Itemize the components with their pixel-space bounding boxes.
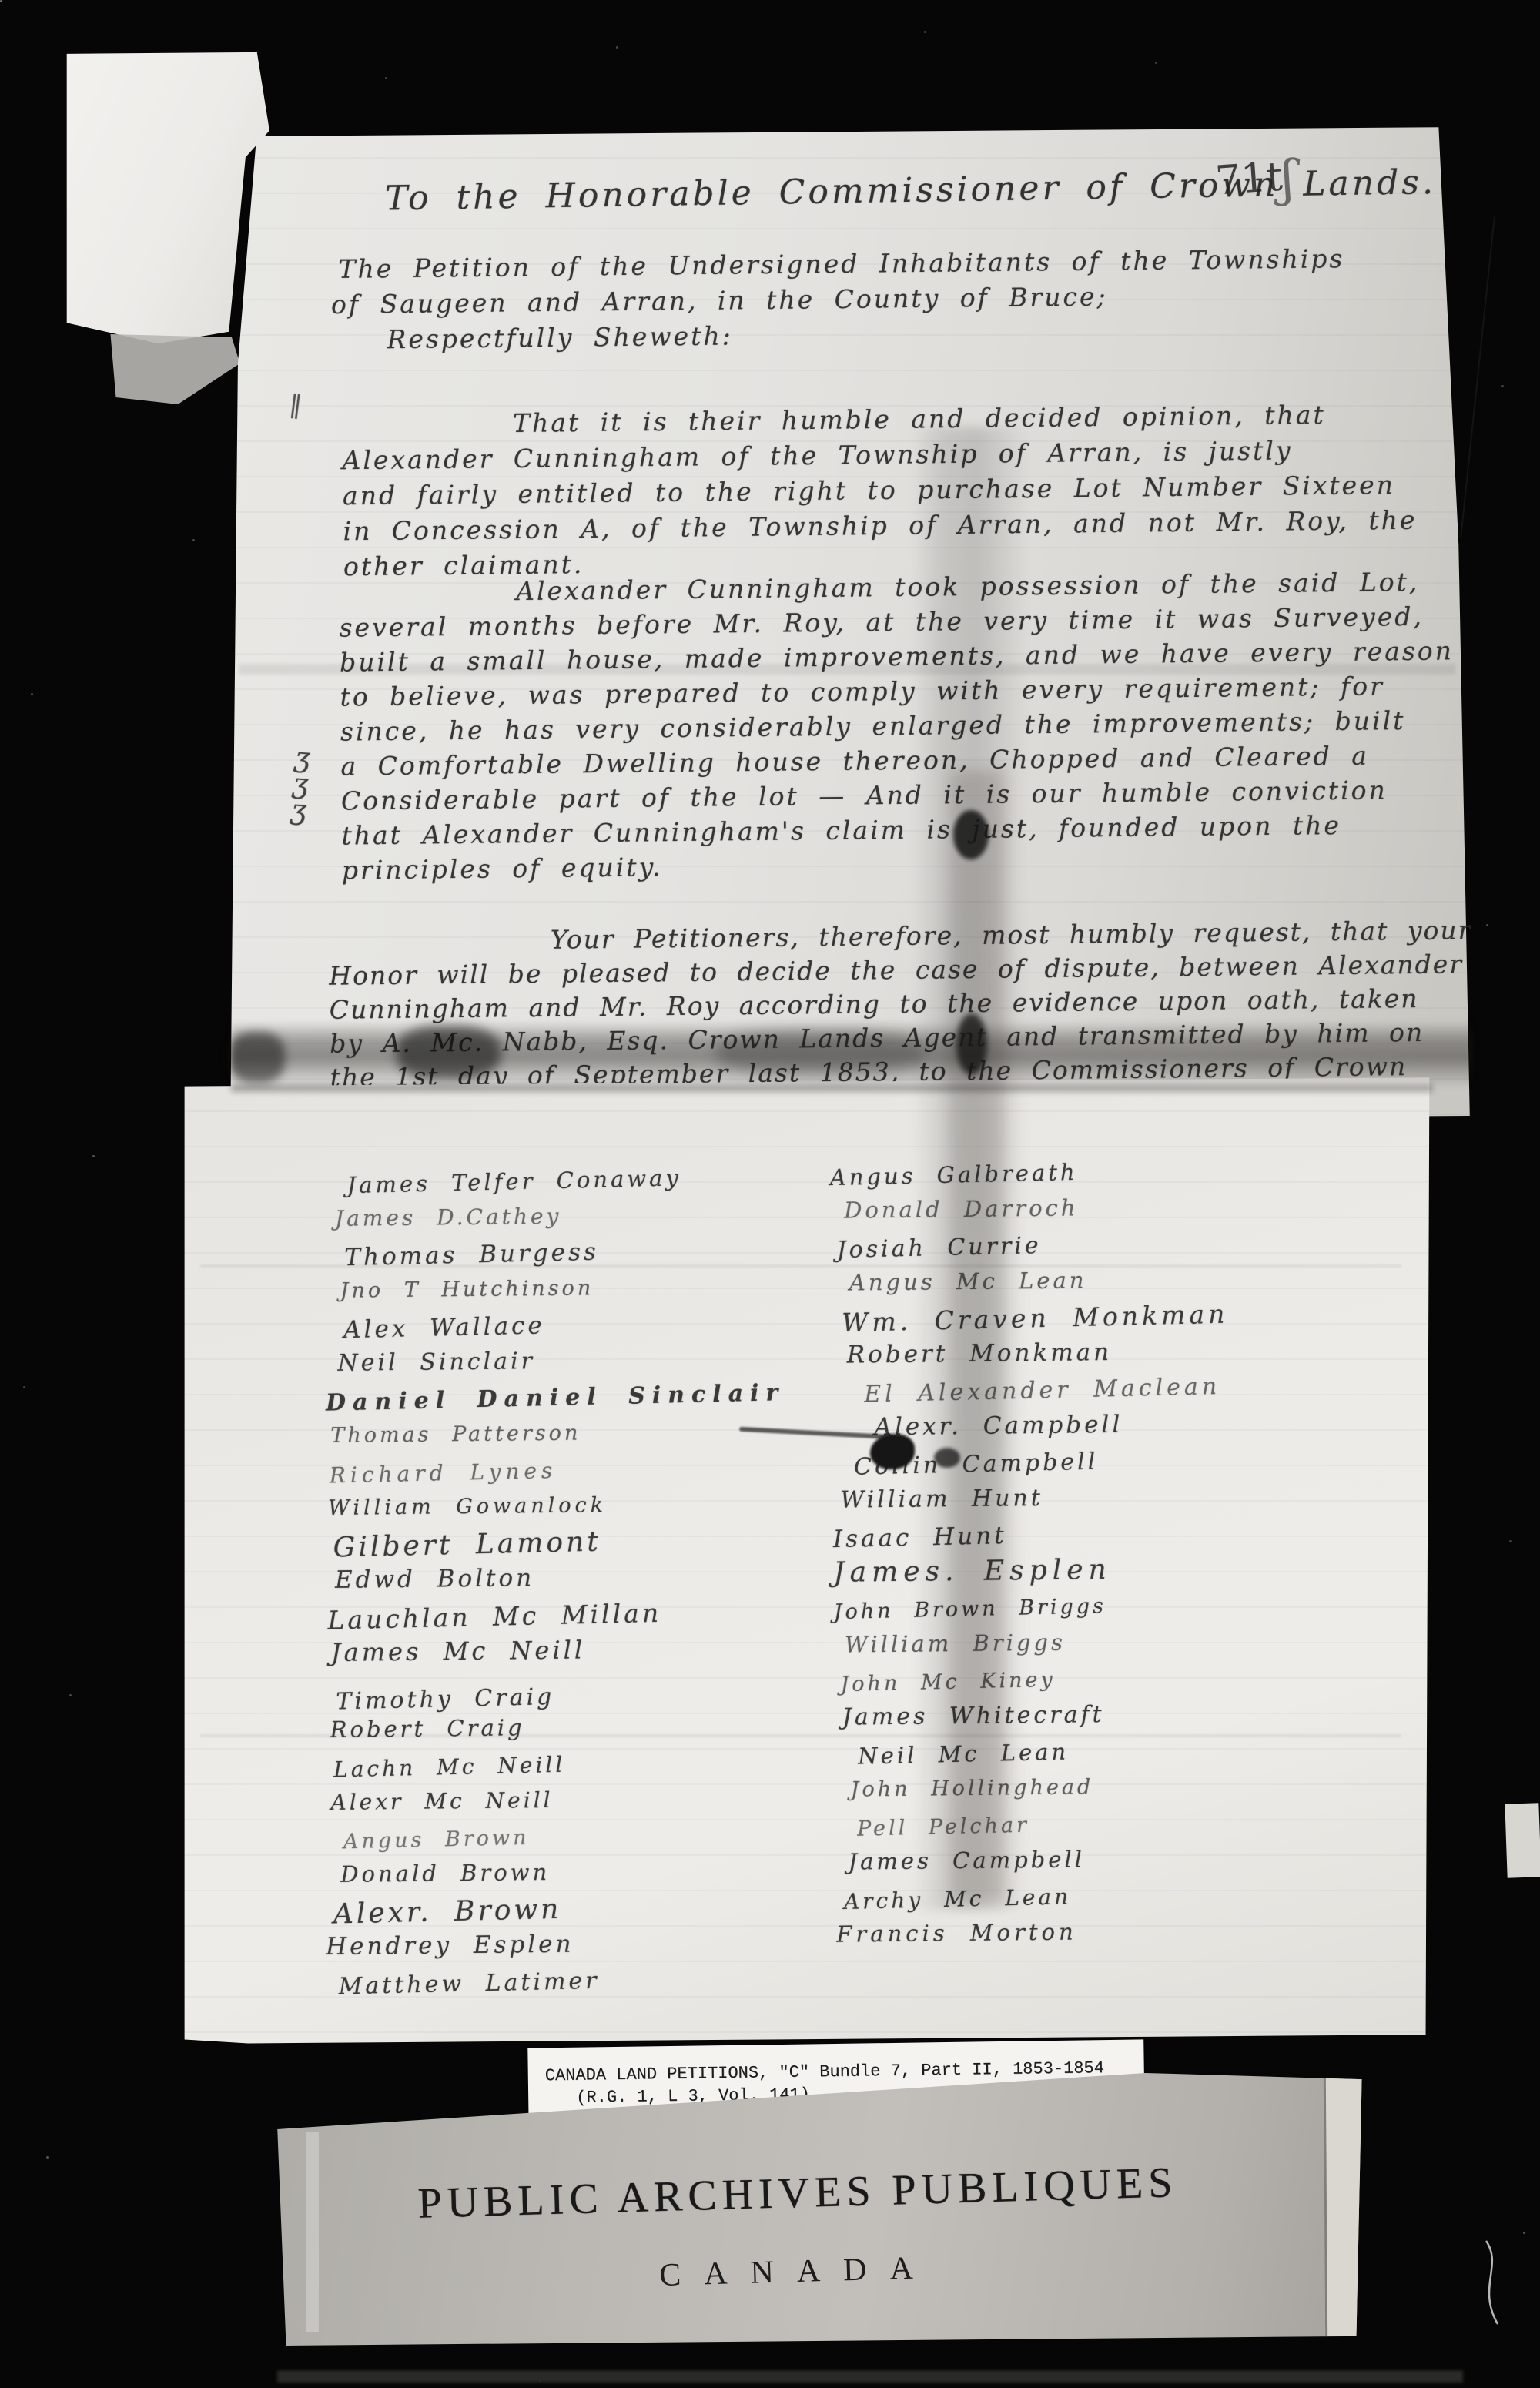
card-binding-strip — [1324, 2078, 1364, 2336]
docket-number: 71t — [1214, 154, 1284, 205]
fold-line — [239, 664, 1455, 675]
paper-corner-flap — [65, 51, 273, 347]
film-scratch — [1460, 216, 1495, 538]
dust-specks — [0, 0, 2, 2]
fold-stain-dark — [229, 1032, 285, 1083]
public-archives-title: PUBLIC ARCHIVES PUBLIQUES — [273, 2154, 1321, 2232]
pen-flourish: ʃ — [1279, 148, 1298, 208]
signature: Francis Morton — [836, 1911, 1391, 1953]
paper-corner-flap-shadow — [108, 331, 243, 408]
ink-stain — [953, 810, 989, 859]
petition-preamble: The Petition of the Undersigned Inhabita… — [338, 241, 1345, 358]
film-edge-band — [277, 2370, 1463, 2383]
ink-blot — [870, 1434, 915, 1469]
signature: James Mc Neill — [331, 1629, 913, 1671]
petition-paragraph-2: Alexander Cunningham took possession of … — [339, 564, 1456, 887]
microfilm-scan: To the Honorable Commissioner of Crown L… — [0, 0, 1540, 2388]
fold-line — [200, 1734, 1401, 1737]
fold-stain-dark — [397, 1026, 500, 1080]
thread-scratch — [1463, 2233, 1525, 2333]
public-archives-subtitle: CANADA — [274, 2239, 1322, 2305]
sheet-seam-shadow — [231, 1084, 1432, 1092]
petition-paragraph-1: That it is their humble and decided opin… — [342, 397, 1418, 585]
fold-line — [200, 1264, 1401, 1268]
paper-tab-right-edge — [1505, 1803, 1540, 1877]
public-archives-card: PUBLIC ARCHIVES PUBLIQUES CANADA — [274, 2070, 1363, 2346]
signature-column-left: James Telfer ConawayJames D.CatheyThomas… — [323, 1159, 916, 2001]
docket-number-annotation: 71tʃ — [1213, 142, 1297, 206]
fold-stain-dark — [716, 1030, 924, 1075]
tape-stain-core — [949, 770, 1005, 1902]
ink-stain — [934, 1448, 960, 1468]
